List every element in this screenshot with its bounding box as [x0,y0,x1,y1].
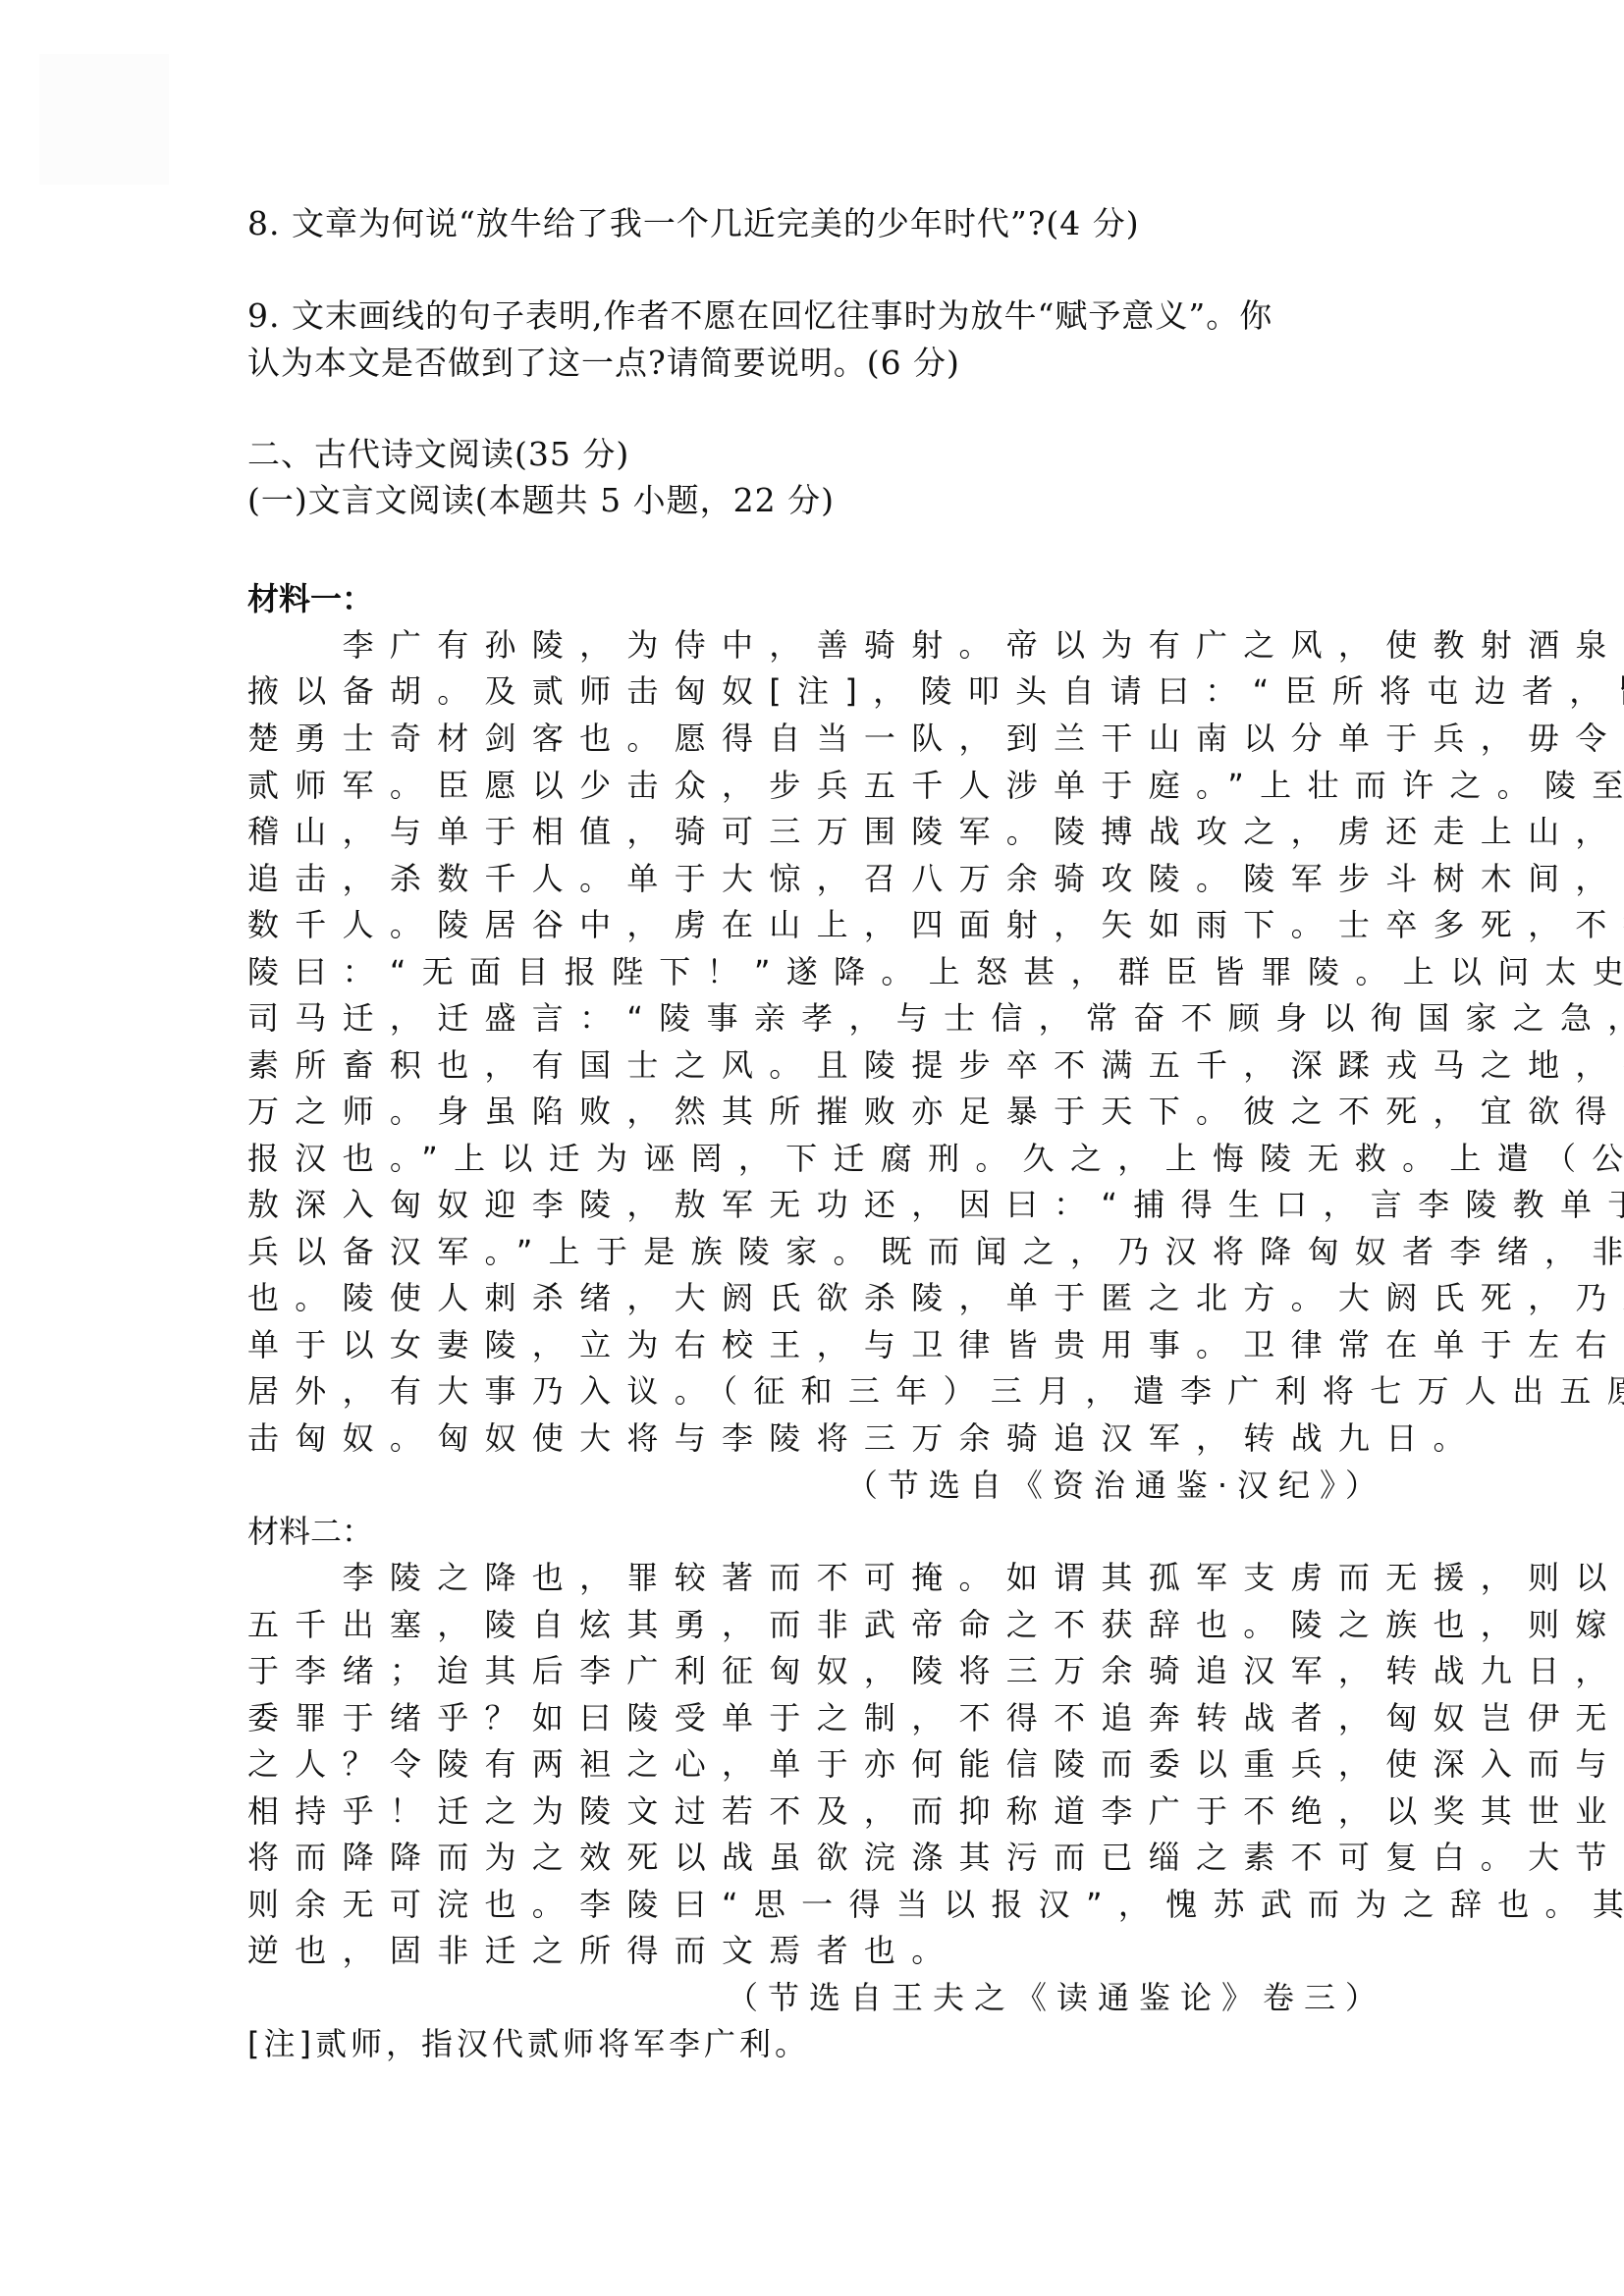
material-1-line: 报汉也。”上以迁为诬罔，下迁腐刑。久之，上悔陵无救。上遣（公孙） [247,1135,1386,1182]
material-1-line: 素所畜积也，有国士之风。且陵提步卒不满五千，深蹂戎马之地，抑数 [247,1041,1386,1089]
material-2-line: 相持乎！迁之为陵文过若不及，而抑称道李广于不绝，以奖其世业。为 [247,1788,1386,1835]
material-2-source: （节选自王夫之《读通鉴论》卷三） [247,1974,1386,2021]
material-1-line: 也。陵使人刺杀绪，大阏氏欲杀陵，单于匿之北方。大阏氏死，乃还。 [247,1274,1386,1321]
material-1-line: 敖深入匈奴迎李陵，敖军无功还，因曰：“捕得生口，言李陵教单于为 [247,1181,1386,1228]
material-2-line: 委罪于绪乎？如曰陵受单于之制，不得不追奔转战者，匈奴岂伊无可信 [247,1694,1386,1741]
section-title: 二、古代诗文阅读(35 分) [247,431,629,478]
footnote: [注]贰师，指汉代贰师将军李广利。 [247,2020,810,2067]
material-1-source: （节选自《资治通鉴·汉纪》） [247,1462,1386,1509]
material-2-line: 则余无可浣也。李陵曰“思一得当以报汉”，愧苏武而为之辞也。其背 [247,1881,1386,1928]
section-subtitle: (一)文言文阅读(本题共 5 小题，22 分) [247,477,835,524]
material-1-line: 贰师军。臣愿以少击众，步兵五千人涉单于庭。”上壮而许之。陵至浚 [247,762,1386,809]
material-2-line: 于李绪；迨其后李广利征匈奴，陵将三万余骑追汉军，转战九日，亦将 [247,1647,1386,1694]
material-2-line: 将而降降而为之效死以战虽欲浣涤其污而已缁之素不可复白。大节丧， [247,1834,1386,1881]
question-9-line-2: 认为本文是否做到了这一点?请简要说明。(6 分) [247,340,960,387]
material-1-line: 单于以女妻陵，立为右校王，与卫律皆贵用事。卫律常在单于左右；陵 [247,1321,1386,1368]
material-2-line: 之人？令陵有两袒之心，单于亦何能信陵而委以重兵，使深入而与汉将 [247,1740,1386,1788]
material-1-line: 稽山，与单于相值，骑可三万围陵军。陵搏战攻之，虏还走上山，汉军 [247,808,1386,855]
material-1-line: 司马迁，迁盛言：“陵事亲孝，与士信，常奋不顾身以徇国家之急，其 [247,994,1386,1041]
material-1-line: 击匈奴。匈奴使大将与李陵将三万余骑追汉军，转战九日。 [247,1415,1386,1462]
question-8: 8. 文章为何说“放牛给了我一个几近完美的少年时代”?(4 分) [247,200,1140,247]
corner-placeholder-box [39,54,169,185]
question-9-line-1: 9. 文末画线的句子表明,作者不愿在回忆往事时为放牛“赋予意义”。你 [247,293,1272,340]
material-1-line: 陵曰：“无面目报陛下！”遂降。上怒甚，群臣皆罪陵。上以问太史令 [247,948,1386,995]
material-1-label: 材料一： [247,575,373,622]
material-1-line: 李广有孙陵，为侍中，善骑射。帝以为有广之风，使教射酒泉、张 [247,621,1386,668]
material-2-line: 五千出塞，陵自炫其勇，而非武帝命之不获辞也。陵之族也，则嫁其祸 [247,1601,1386,1648]
material-2-line: 李陵之降也，罪较著而不可掩。如谓其孤军支虏而无援，则以步卒 [247,1554,1386,1601]
material-1-line: 数千人。陵居谷中，虏在山上，四面射，矢如雨下。士卒多死，不得行。 [247,901,1386,948]
material-1-line: 万之师。身虽陷败，然其所摧败亦足暴于天下。彼之不死，宜欲得当以 [247,1088,1386,1135]
material-1-line: 楚勇士奇材剑客也。愿得自当一队，到兰干山南以分单于兵，毋令专乡 [247,715,1386,762]
material-1-line: 追击，杀数千人。单于大惊，召八万余骑攻陵。陵军步斗树木间，复杀 [247,855,1386,902]
material-1-line: 居外，有大事乃入议。（征和三年）三月，遣李广利将七万人出五原， [247,1367,1386,1415]
material-2-label: 材料二： [247,1508,373,1555]
material-1-line: 掖以备胡。及贰师击匈奴[注]，陵叩头自请曰：“臣所将屯边者，皆荆 [247,667,1386,715]
material-2-line: 逆也，固非迁之所得而文焉者也。 [247,1927,1386,1974]
material-1-line: 兵以备汉军。”上于是族陵家。既而闻之，乃汉将降匈奴者李绪，非陵 [247,1228,1386,1275]
